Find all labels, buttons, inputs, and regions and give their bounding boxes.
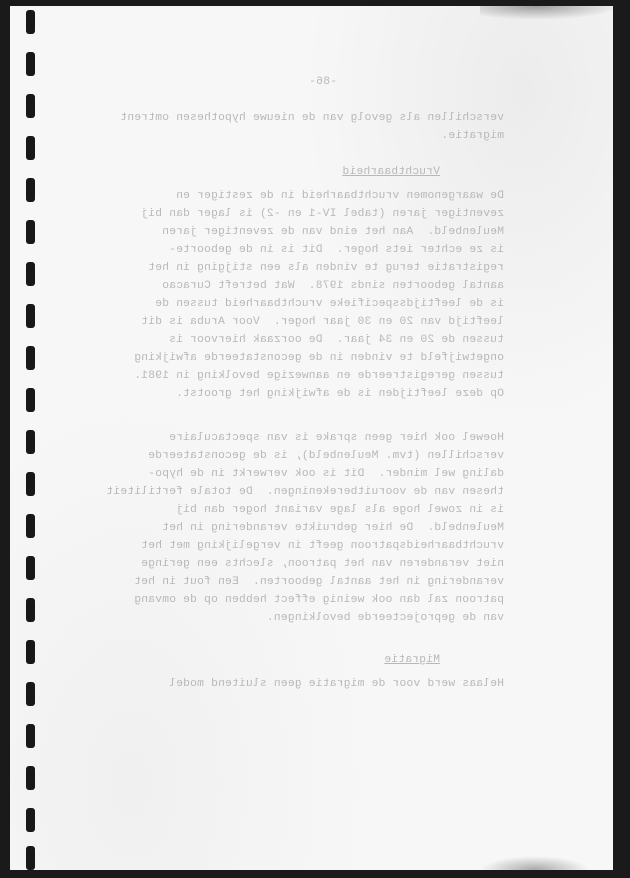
paragraph-line: Meulenbeld. De hier gebruikte veranderin… [162, 522, 504, 534]
paragraph-line: ongetwijfeld te vinden in de geconstatee… [134, 352, 504, 364]
paragraph-line: verandering in het aantal geboorten. Een… [134, 576, 504, 588]
paragraph-line: vruchtbaarheidspatroon geeft in vergelij… [141, 540, 504, 552]
show-through-text: -86- verschillen als gevolg van de nieuw… [0, 0, 630, 878]
paragraph-line: thesen van de vooruitberekeningen. De to… [106, 486, 504, 498]
section-heading-vruchtbaarheid: Vruchtbaarheid [342, 166, 440, 178]
paragraph-line: is in zowel hoge als lage variant hoger … [176, 504, 504, 516]
paragraph-line: Meulenbeld. Aan het eind van de zeventig… [162, 226, 504, 238]
page-number: -86- [309, 76, 337, 88]
intro-line: migratie. [441, 130, 504, 142]
paragraph-line: niet veranderen van het patroon, slechts… [141, 558, 504, 570]
paragraph-line: leeftijd van 20 en 30 jaar hoger. Voor A… [141, 316, 504, 328]
paragraph-line: tussen geregistreerde en aanwezige bevol… [134, 370, 504, 382]
paragraph-line: tussen de 20 en 34 jaar. De oorzaak hier… [169, 334, 504, 346]
paragraph-line: Op deze leeftijden is de afwijking het g… [176, 388, 504, 400]
paragraph-line: is de leeftijdsspecifieke vruchtbaarheid… [155, 298, 504, 310]
paragraph-line: Hoewel ook hier geen sprake is van spect… [169, 432, 504, 444]
paragraph-line: van de geprojecteerde bevolkingen. [267, 612, 504, 624]
section-heading-migratie: Migratie [384, 654, 440, 666]
paragraph-line: verschillen (tvm. Meulenbeld), is de gec… [148, 450, 504, 462]
paragraph-line: De waargenomen vruchtbaarheid in de zest… [176, 190, 504, 202]
paragraph-line: is ze echter iets hoger. Dit is in de ge… [169, 244, 504, 256]
intro-line: verschillen als gevolg van de nieuwe hyp… [120, 112, 504, 124]
paragraph-line: registratie terug te vinden als een stij… [148, 262, 504, 274]
paragraph-line: patroon zal dan ook weinig effect hebben… [134, 594, 504, 606]
paragraph-line: Helaas werd voor de migratie geen sluite… [169, 678, 504, 690]
paragraph-line: daling wel minder. Dit is ook verwerkt i… [148, 468, 504, 480]
paragraph-line: aantal geboorten sinds 1978. Wat betreft… [162, 280, 504, 292]
paragraph-line: zeventiger jaren (tabel IV-1 en -2) is l… [141, 208, 504, 220]
